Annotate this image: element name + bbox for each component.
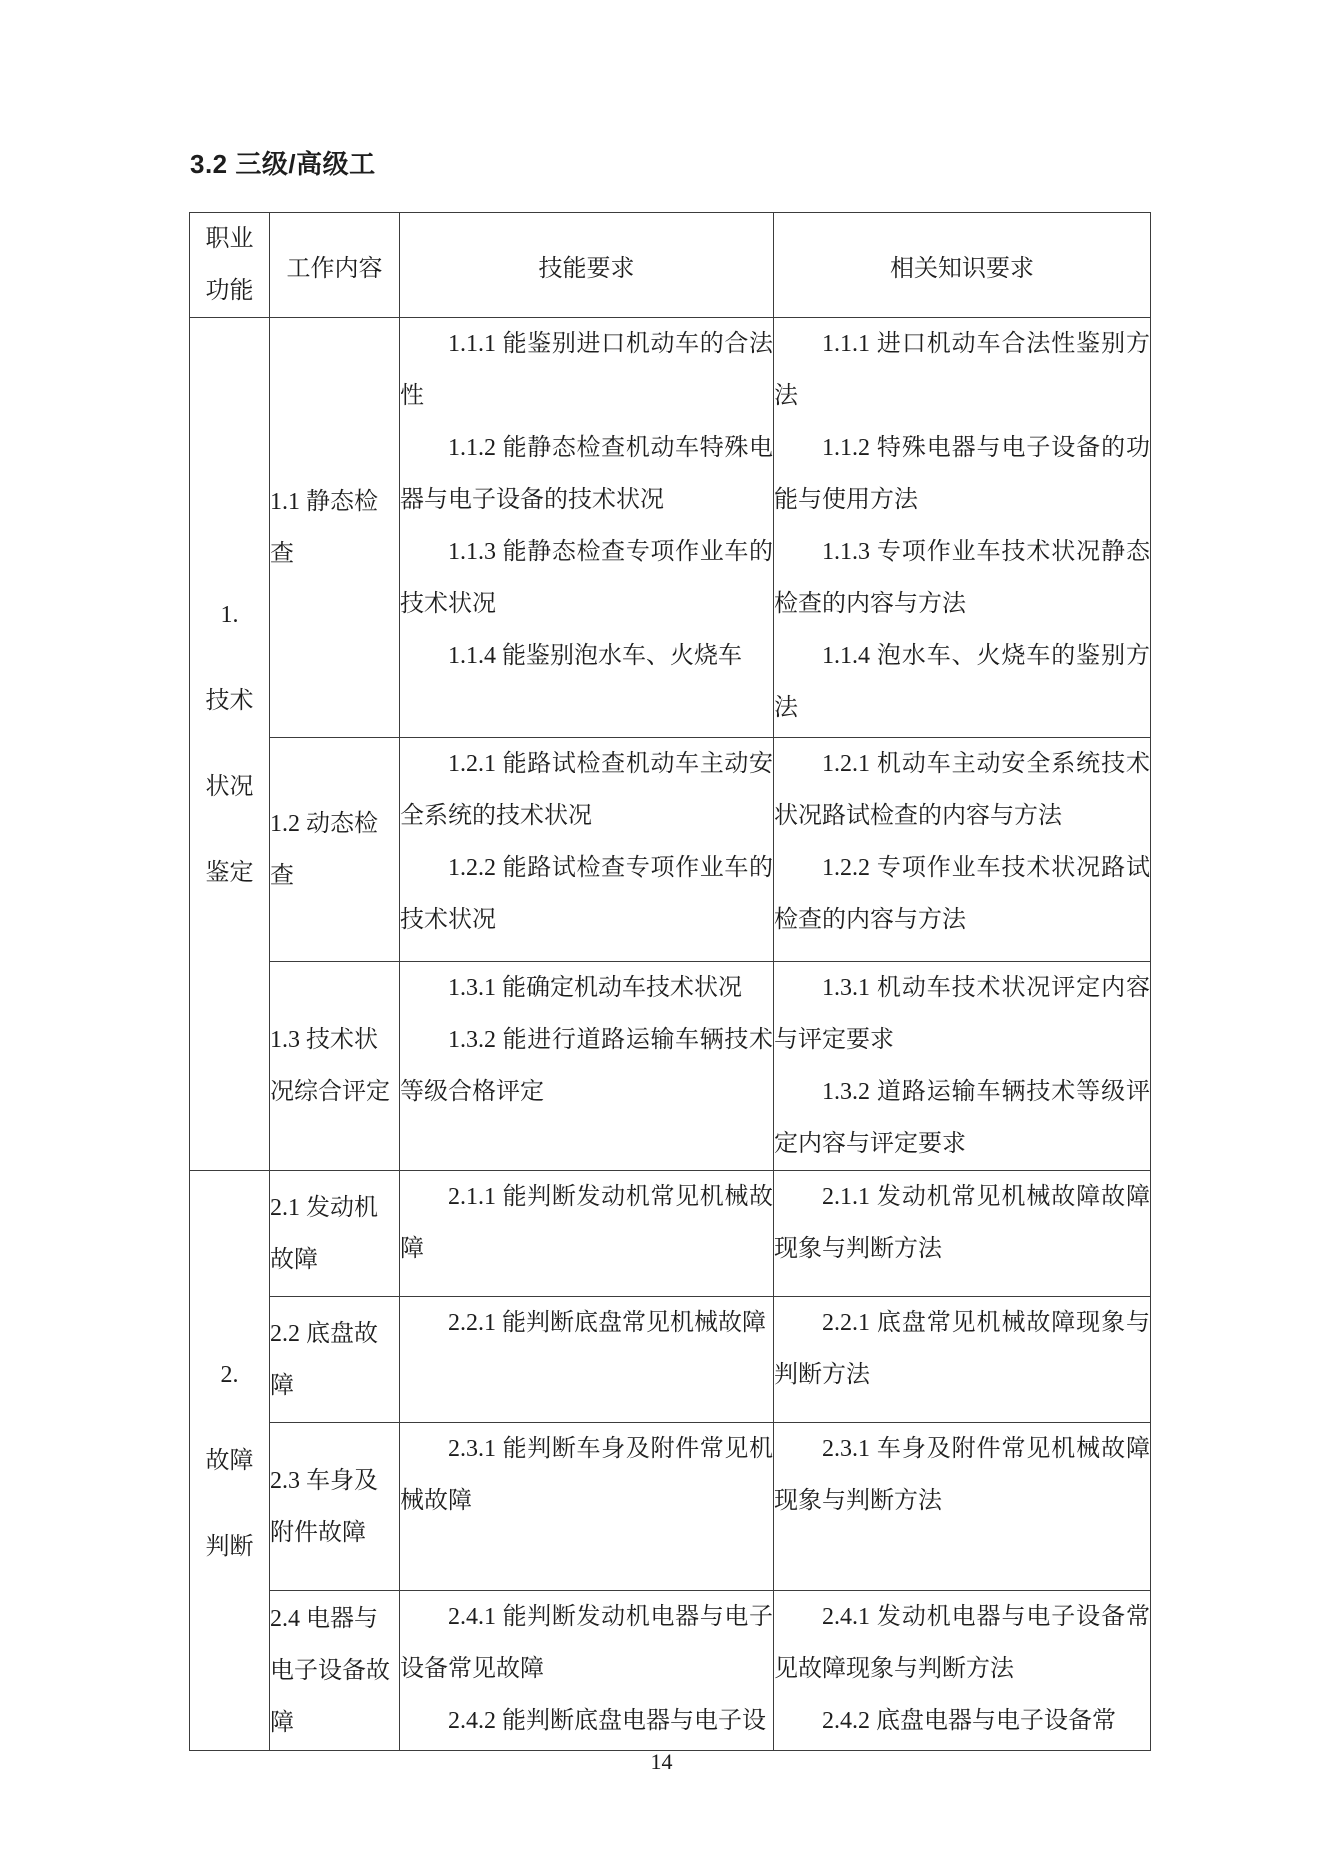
function-1-line: 状况 [190,744,269,830]
function-2-line: 2. [190,1332,269,1418]
function-1-line: 鉴定 [190,830,269,916]
work-label: 1.3 技术状况综合评定 [270,1014,399,1118]
work-label: 2.3 车身及附件故障 [270,1455,399,1559]
skill-cell-2-2: 2.2.1 能判断底盘常见机械故障 [400,1297,774,1423]
page-number: 14 [0,1748,1323,1776]
header-cell-work: 工作内容 [270,213,400,318]
skill-cell-2-1: 2.1.1 能判断发动机常见机械故障 [400,1171,774,1297]
knowledge-item: 2.2.1 底盘常见机械故障现象与判断方法 [774,1297,1150,1401]
header-function-line2: 功能 [190,265,269,317]
work-label: 2.1 发动机故障 [270,1182,399,1286]
table-header-row: 职业 功能 工作内容 技能要求 相关知识要求 [190,213,1151,318]
table-row-2-1: 2. 故障 判断 2.1 发动机故障 2.1.1 能判断发动机常见机械故障 2.… [190,1171,1151,1297]
work-cell-1-1: 1.1 静态检查 [270,318,400,738]
skill-item: 2.1.1 能判断发动机常见机械故障 [400,1171,773,1275]
work-label: 1.2 动态检查 [270,798,399,902]
knowledge-item: 1.3.2 道路运输车辆技术等级评定内容与评定要求 [774,1066,1150,1170]
work-label: 2.4 电器与电子设备故障 [270,1593,399,1749]
skill-item: 1.1.1 能鉴别进口机动车的合法性 [400,318,773,422]
header-cell-knowledge: 相关知识要求 [774,213,1151,318]
header-cell-function: 职业 功能 [190,213,270,318]
function-cell-2: 2. 故障 判断 [190,1171,270,1751]
knowledge-item: 1.1.4 泡水车、火烧车的鉴别方法 [774,630,1150,734]
knowledge-item: 1.2.2 专项作业车技术状况路试检查的内容与方法 [774,842,1150,946]
skill-item: 1.2.1 能路试检查机动车主动安全系统的技术状况 [400,738,773,842]
knowledge-item: 2.3.1 车身及附件常见机械故障现象与判断方法 [774,1423,1150,1527]
header-cell-skill: 技能要求 [400,213,774,318]
work-cell-2-1: 2.1 发动机故障 [270,1171,400,1297]
skills-requirements-table: 职业 功能 工作内容 技能要求 相关知识要求 1. 技术 状况 鉴定 1.1 静… [189,212,1151,1751]
skill-item: 1.1.4 能鉴别泡水车、火烧车 [400,630,773,682]
skill-item: 1.2.2 能路试检查专项作业车的技术状况 [400,842,773,946]
knowledge-item: 1.1.1 进口机动车合法性鉴别方法 [774,318,1150,422]
skill-item: 2.4.1 能判断发动机电器与电子设备常见故障 [400,1591,773,1695]
table-row-2-2: 2.2 底盘故障 2.2.1 能判断底盘常见机械故障 2.2.1 底盘常见机械故… [190,1297,1151,1423]
knowledge-cell-2-3: 2.3.1 车身及附件常见机械故障现象与判断方法 [774,1423,1151,1591]
work-cell-2-3: 2.3 车身及附件故障 [270,1423,400,1591]
function-1-line: 1. [190,572,269,658]
work-cell-1-2: 1.2 动态检查 [270,738,400,962]
table-row-2-4: 2.4 电器与电子设备故障 2.4.1 能判断发动机电器与电子设备常见故障 2.… [190,1591,1151,1751]
work-cell-2-2: 2.2 底盘故障 [270,1297,400,1423]
function-1-line: 技术 [190,658,269,744]
work-label: 2.2 底盘故障 [270,1308,399,1412]
knowledge-item: 1.1.2 特殊电器与电子设备的功能与使用方法 [774,422,1150,526]
table-row-1-2: 1.2 动态检查 1.2.1 能路试检查机动车主动安全系统的技术状况 1.2.2… [190,738,1151,962]
knowledge-cell-1-1: 1.1.1 进口机动车合法性鉴别方法 1.1.2 特殊电器与电子设备的功能与使用… [774,318,1151,738]
skill-cell-1-1: 1.1.1 能鉴别进口机动车的合法性 1.1.2 能静态检查机动车特殊电器与电子… [400,318,774,738]
skill-cell-2-4: 2.4.1 能判断发动机电器与电子设备常见故障 2.4.2 能判断底盘电器与电子… [400,1591,774,1751]
function-2-line: 故障 [190,1418,269,1504]
knowledge-cell-1-2: 1.2.1 机动车主动安全系统技术状况路试检查的内容与方法 1.2.2 专项作业… [774,738,1151,962]
knowledge-cell-2-4: 2.4.1 发动机电器与电子设备常见故障现象与判断方法 2.4.2 底盘电器与电… [774,1591,1151,1751]
function-cell-1: 1. 技术 状况 鉴定 [190,318,270,1171]
skill-item: 1.1.3 能静态检查专项作业车的技术状况 [400,526,773,630]
knowledge-item: 2.4.1 发动机电器与电子设备常见故障现象与判断方法 [774,1591,1150,1695]
header-function-line1: 职业 [190,213,269,265]
skill-item: 2.4.2 能判断底盘电器与电子设 [400,1695,773,1747]
knowledge-cell-2-1: 2.1.1 发动机常见机械故障故障现象与判断方法 [774,1171,1151,1297]
knowledge-item: 1.2.1 机动车主动安全系统技术状况路试检查的内容与方法 [774,738,1150,842]
knowledge-item: 1.1.3 专项作业车技术状况静态检查的内容与方法 [774,526,1150,630]
skill-item: 1.3.2 能进行道路运输车辆技术等级合格评定 [400,1014,773,1118]
section-title: 3.2 三级/高级工 [190,144,376,181]
work-cell-1-3: 1.3 技术状况综合评定 [270,962,400,1171]
work-label: 1.1 静态检查 [270,476,399,580]
skill-cell-1-3: 1.3.1 能确定机动车技术状况 1.3.2 能进行道路运输车辆技术等级合格评定 [400,962,774,1171]
knowledge-item: 1.3.1 机动车技术状况评定内容与评定要求 [774,962,1150,1066]
table-row-1-1: 1. 技术 状况 鉴定 1.1 静态检查 1.1.1 能鉴别进口机动车的合法性 … [190,318,1151,738]
document-page: 3.2 三级/高级工 职业 功能 工作内容 技能要求 相关知识要求 1. 技术 … [0,0,1323,1871]
skill-cell-2-3: 2.3.1 能判断车身及附件常见机械故障 [400,1423,774,1591]
skill-cell-1-2: 1.2.1 能路试检查机动车主动安全系统的技术状况 1.2.2 能路试检查专项作… [400,738,774,962]
knowledge-item: 2.1.1 发动机常见机械故障故障现象与判断方法 [774,1171,1150,1275]
skill-item: 2.2.1 能判断底盘常见机械故障 [400,1297,773,1349]
function-2-line: 判断 [190,1504,269,1590]
knowledge-item: 2.4.2 底盘电器与电子设备常 [774,1695,1150,1747]
table-row-1-3: 1.3 技术状况综合评定 1.3.1 能确定机动车技术状况 1.3.2 能进行道… [190,962,1151,1171]
knowledge-cell-2-2: 2.2.1 底盘常见机械故障现象与判断方法 [774,1297,1151,1423]
skill-item: 1.1.2 能静态检查机动车特殊电器与电子设备的技术状况 [400,422,773,526]
skill-item: 2.3.1 能判断车身及附件常见机械故障 [400,1423,773,1527]
work-cell-2-4: 2.4 电器与电子设备故障 [270,1591,400,1751]
skill-item: 1.3.1 能确定机动车技术状况 [400,962,773,1014]
table-row-2-3: 2.3 车身及附件故障 2.3.1 能判断车身及附件常见机械故障 2.3.1 车… [190,1423,1151,1591]
knowledge-cell-1-3: 1.3.1 机动车技术状况评定内容与评定要求 1.3.2 道路运输车辆技术等级评… [774,962,1151,1171]
